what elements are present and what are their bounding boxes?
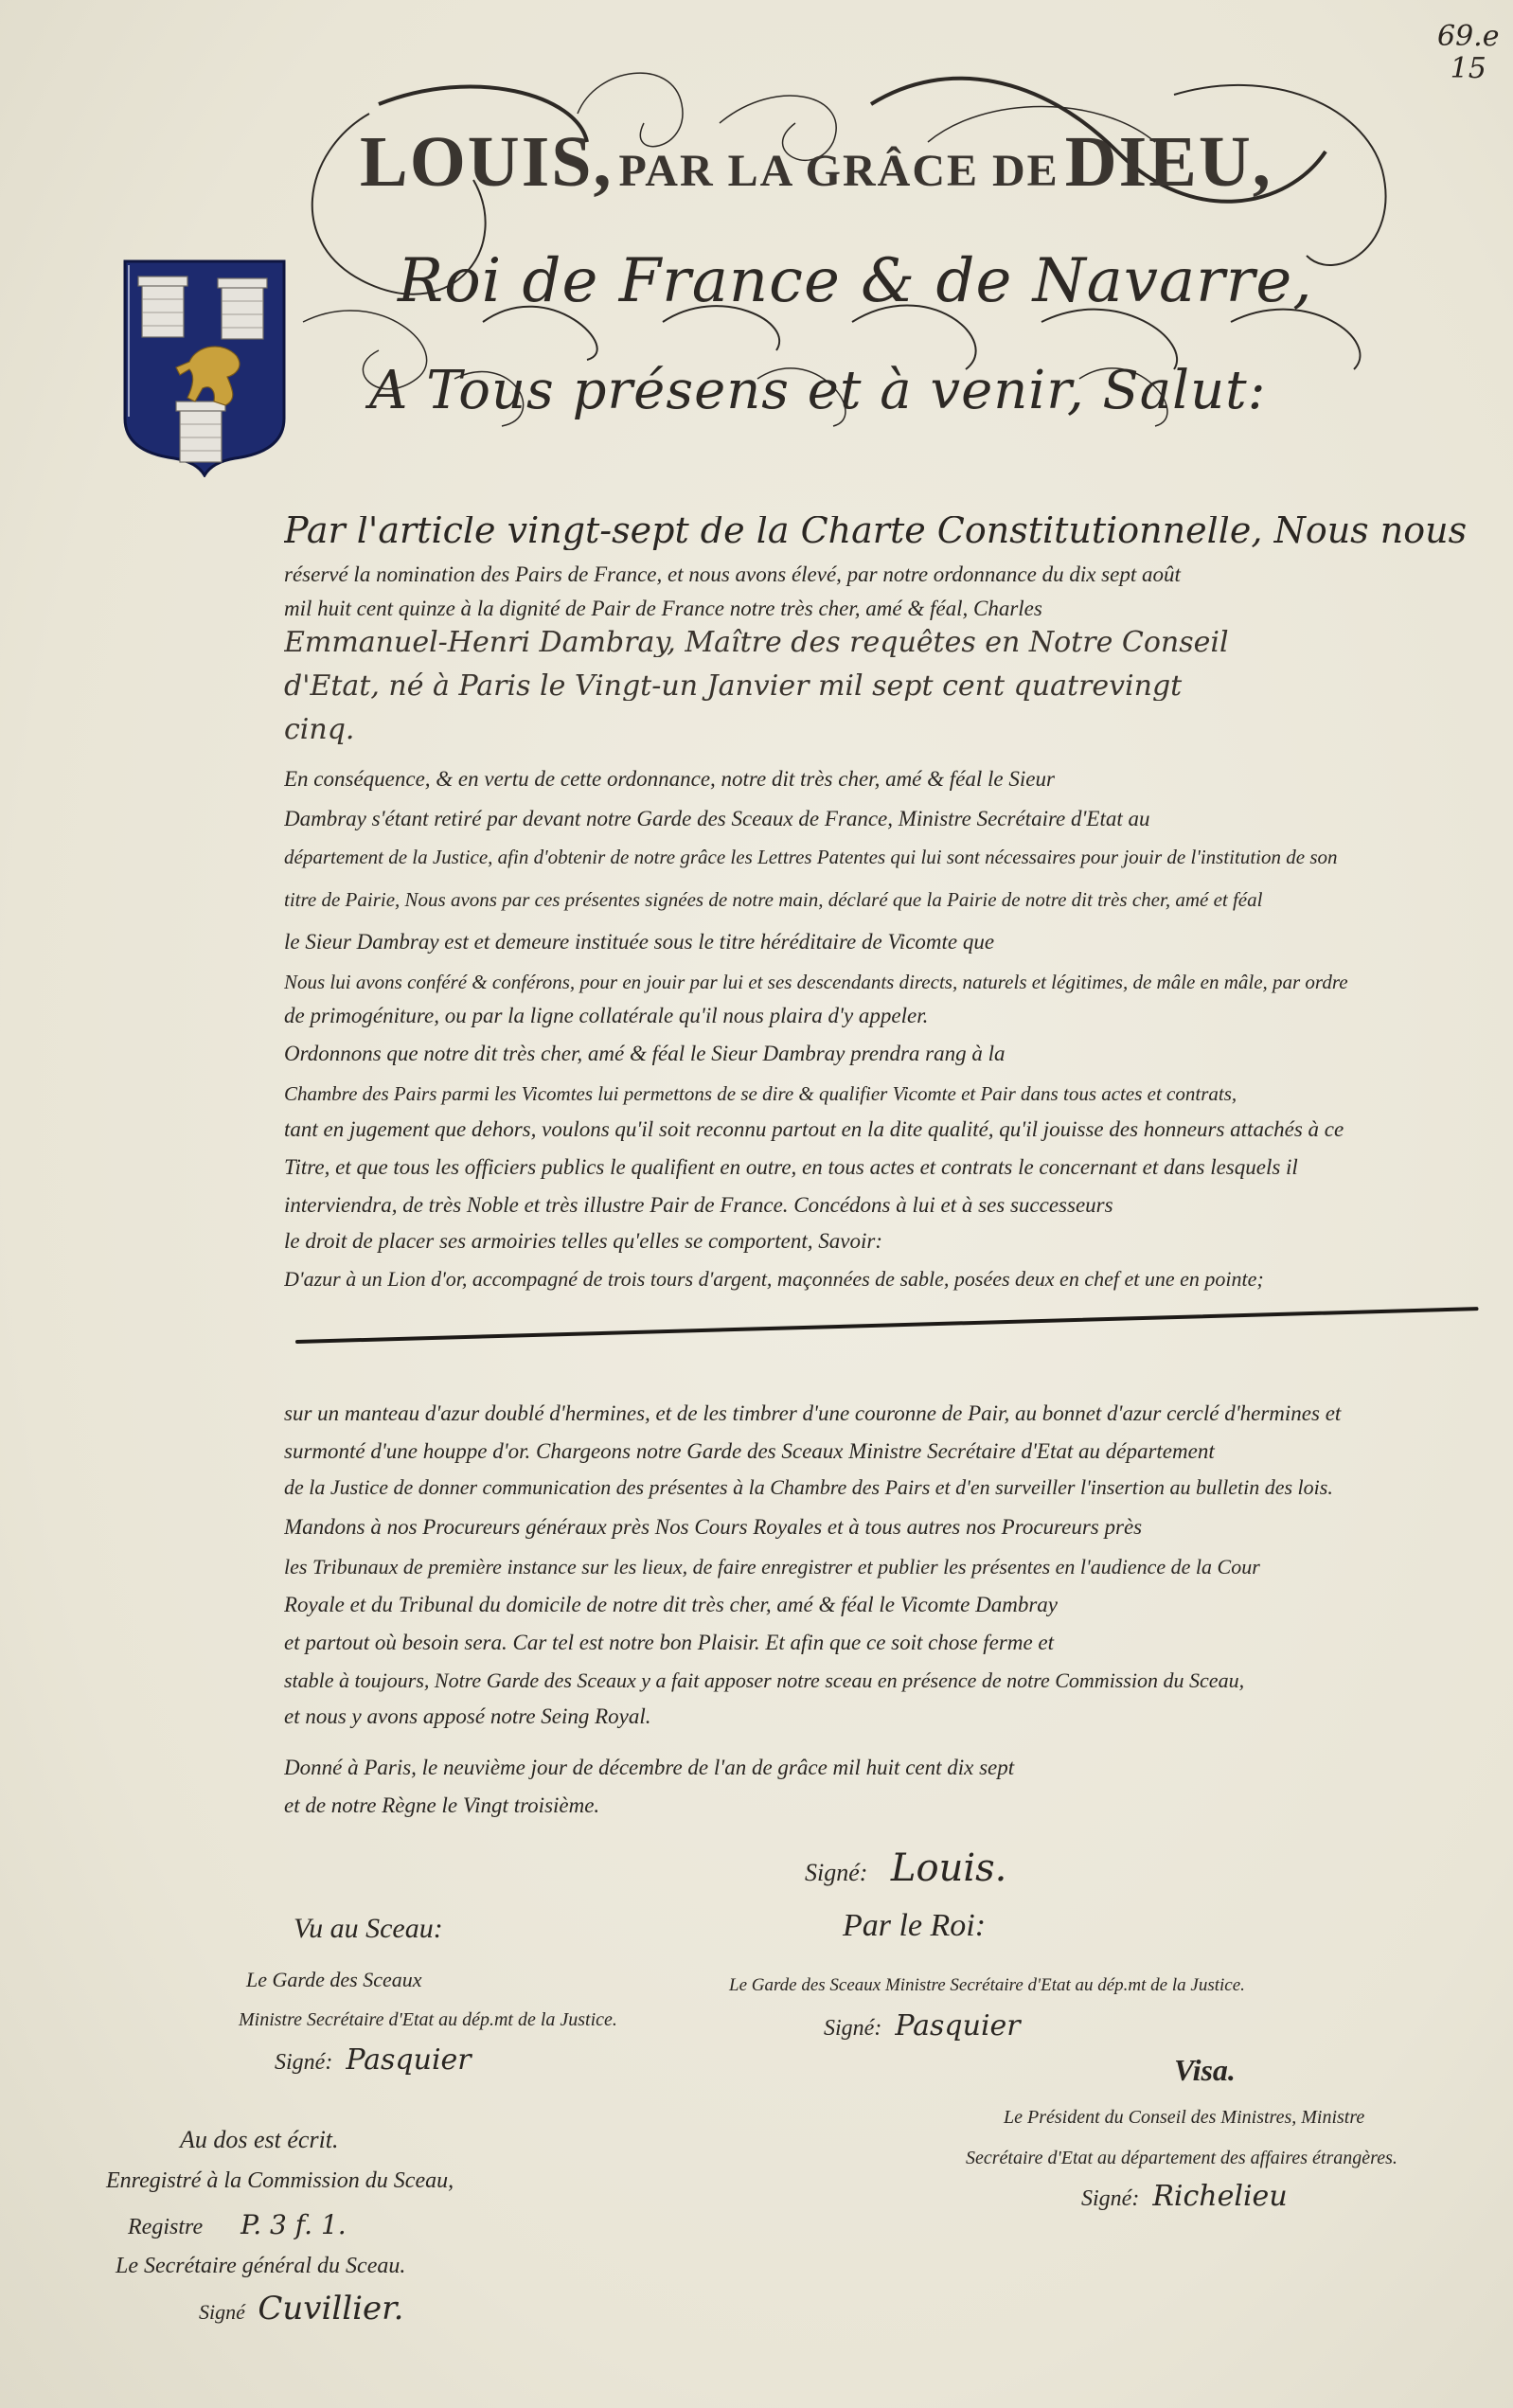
paragraph-2-line-1: En conséquence, & en vertu de cette ordo… <box>284 765 1468 794</box>
king-signature: Signé: Louis. <box>805 1846 1006 1890</box>
folio-page-number: 69.e <box>1437 21 1499 53</box>
paragraph-3-line-3: tant en jugement que dehors, voulons qu'… <box>284 1115 1468 1144</box>
au-dos-signature-label: Signé <box>199 2300 245 2324</box>
paragraph-5-line-6: et nous y avons apposé notre Seing Royal… <box>284 1703 1468 1731</box>
paragraph-6-line-1: Donné à Paris, le neuvième jour de décem… <box>284 1754 1468 1782</box>
paragraph-6-line-2: et de notre Règne le Vingt troisième. <box>284 1792 1468 1820</box>
paragraph-1-line-4: Emmanuel-Henri Dambray, Maître des requê… <box>284 629 1468 657</box>
au-dos-registre-value: P. 3 f. 1. <box>240 2209 347 2240</box>
visa-signature-name: Richelieu <box>1152 2180 1287 2213</box>
par-le-roi-line-1: Le Garde des Sceaux Ministre Secrétaire … <box>729 1975 1245 1996</box>
paragraph-4-line-2: surmonté d'une houppe d'or. Chargeons no… <box>284 1437 1468 1466</box>
coat-of-arms-icon <box>121 258 288 477</box>
king-signature-label: Signé: <box>805 1859 867 1886</box>
au-dos-heading: Au dos est écrit. <box>180 2126 339 2154</box>
vu-au-sceau-signature-name: Pasquier <box>346 2043 471 2077</box>
par-le-roi-heading: Par le Roi: <box>843 1908 986 1944</box>
paragraph-2-line-7: de primogéniture, ou par la ligne collat… <box>284 1002 1468 1030</box>
paragraph-5-line-2: les Tribunaux de première instance sur l… <box>284 1553 1468 1581</box>
paragraph-3-blazon: D'azur à un Lion d'or, accompagné de tro… <box>284 1265 1468 1293</box>
paragraph-3-line-6: le droit de placer ses armoiries telles … <box>284 1227 1468 1256</box>
paragraph-2-line-5: le Sieur Dambray est et demeure institué… <box>284 928 1468 956</box>
vu-au-sceau-heading: Vu au Sceau: <box>294 1913 443 1945</box>
paragraph-1-line-6: cinq. <box>284 716 1468 744</box>
visa-heading: Visa. <box>1174 2053 1236 2088</box>
vu-au-sceau-signature: Signé: Pasquier <box>275 2043 472 2077</box>
paragraph-2-line-4: titre de Pairie, Nous avons par ces prés… <box>284 885 1468 914</box>
separator-rule <box>295 1307 1479 1344</box>
au-dos-signature: Signé Cuvillier. <box>199 2290 403 2328</box>
paragraph-2-line-3: département de la Justice, afin d'obteni… <box>284 843 1468 871</box>
par-le-roi-signature-label: Signé: <box>824 2016 881 2041</box>
paragraph-5-line-3: Royale et du Tribunal du domicile de not… <box>284 1591 1468 1619</box>
vu-au-sceau-signature-label: Signé: <box>275 2050 332 2075</box>
folio-mark: 15 <box>1437 53 1499 85</box>
paragraph-1-line-1: Par l'article vingt-sept de la Charte Co… <box>284 516 1468 550</box>
folio-number: 69.e 15 <box>1437 21 1499 85</box>
au-dos-registre-label: Registre <box>128 2215 203 2239</box>
paragraph-1-line-2: réservé la nomination des Pairs de Franc… <box>284 561 1468 589</box>
au-dos-line-3: Le Secrétaire général du Sceau. <box>116 2254 405 2279</box>
title-louis: LOUIS, <box>360 122 614 202</box>
paragraph-4-line-3: de la Justice de donner communication de… <box>284 1473 1468 1502</box>
paragraph-2-line-2: Dambray s'étant retiré par devant notre … <box>284 805 1468 833</box>
royal-title: LOUIS, PAR LA GRÂCE DE DIEU, <box>360 121 1420 204</box>
visa-signature-label: Signé: <box>1081 2186 1139 2211</box>
visa-line-2: Secrétaire d'Etat au département des aff… <box>966 2148 1397 2169</box>
paragraph-5-line-1: Mandons à nos Procureurs généraux près N… <box>284 1513 1468 1542</box>
au-dos-line-1: Enregistré à la Commission du Sceau, <box>106 2168 454 2194</box>
title-dieu: DIEU, <box>1065 122 1273 202</box>
title-par-la-grace: PAR LA GRÂCE DE <box>619 146 1059 196</box>
paragraph-1-line-5: d'Etat, né à Paris le Vingt-un Janvier m… <box>284 672 1468 701</box>
visa-line-1: Le Président du Conseil des Ministres, M… <box>1004 2107 1364 2129</box>
paragraph-5-line-4: et partout où besoin sera. Car tel est n… <box>284 1629 1468 1657</box>
letters-patent-page: 69.e 15 LOUIS, PAR LA GRÂCE DE DIEU, Roi… <box>0 0 1513 2408</box>
paragraph-2-line-6: Nous lui avons conféré & conférons, pour… <box>284 968 1468 996</box>
par-le-roi-signature-name: Pasquier <box>895 2009 1020 2042</box>
paragraph-3-line-5: interviendra, de très Noble et très illu… <box>284 1191 1468 1220</box>
paragraph-1-line-3: mil huit cent quinze à la dignité de Pai… <box>284 595 1468 623</box>
salutation: A Tous présens et à venir, Salut: <box>369 360 1267 421</box>
au-dos-signature-name: Cuvillier. <box>258 2290 403 2328</box>
visa-signature: Signé: Richelieu <box>1081 2180 1288 2213</box>
paragraph-5-line-5: stable à toujours, Notre Garde des Sceau… <box>284 1667 1468 1695</box>
paragraph-4-line-1: sur un manteau d'azur doublé d'hermines,… <box>284 1400 1468 1428</box>
par-le-roi-signature: Signé: Pasquier <box>824 2009 1021 2042</box>
au-dos-registre: Registre P. 3 f. 1. <box>128 2209 347 2240</box>
royal-subtitle: Roi de France & de Navarre, <box>398 246 1313 316</box>
paragraph-3-line-4: Titre, et que tous les officiers publics… <box>284 1153 1468 1182</box>
paragraph-3-line-2: Chambre des Pairs parmi les Vicomtes lui… <box>284 1079 1468 1108</box>
paragraph-3-line-1: Ordonnons que notre dit très cher, amé &… <box>284 1040 1468 1068</box>
vu-au-sceau-line-2: Ministre Secrétaire d'Etat au dép.mt de … <box>239 2009 617 2031</box>
king-signature-name: Louis. <box>891 1846 1006 1890</box>
vu-au-sceau-line-1: Le Garde des Sceaux <box>246 1968 422 1992</box>
